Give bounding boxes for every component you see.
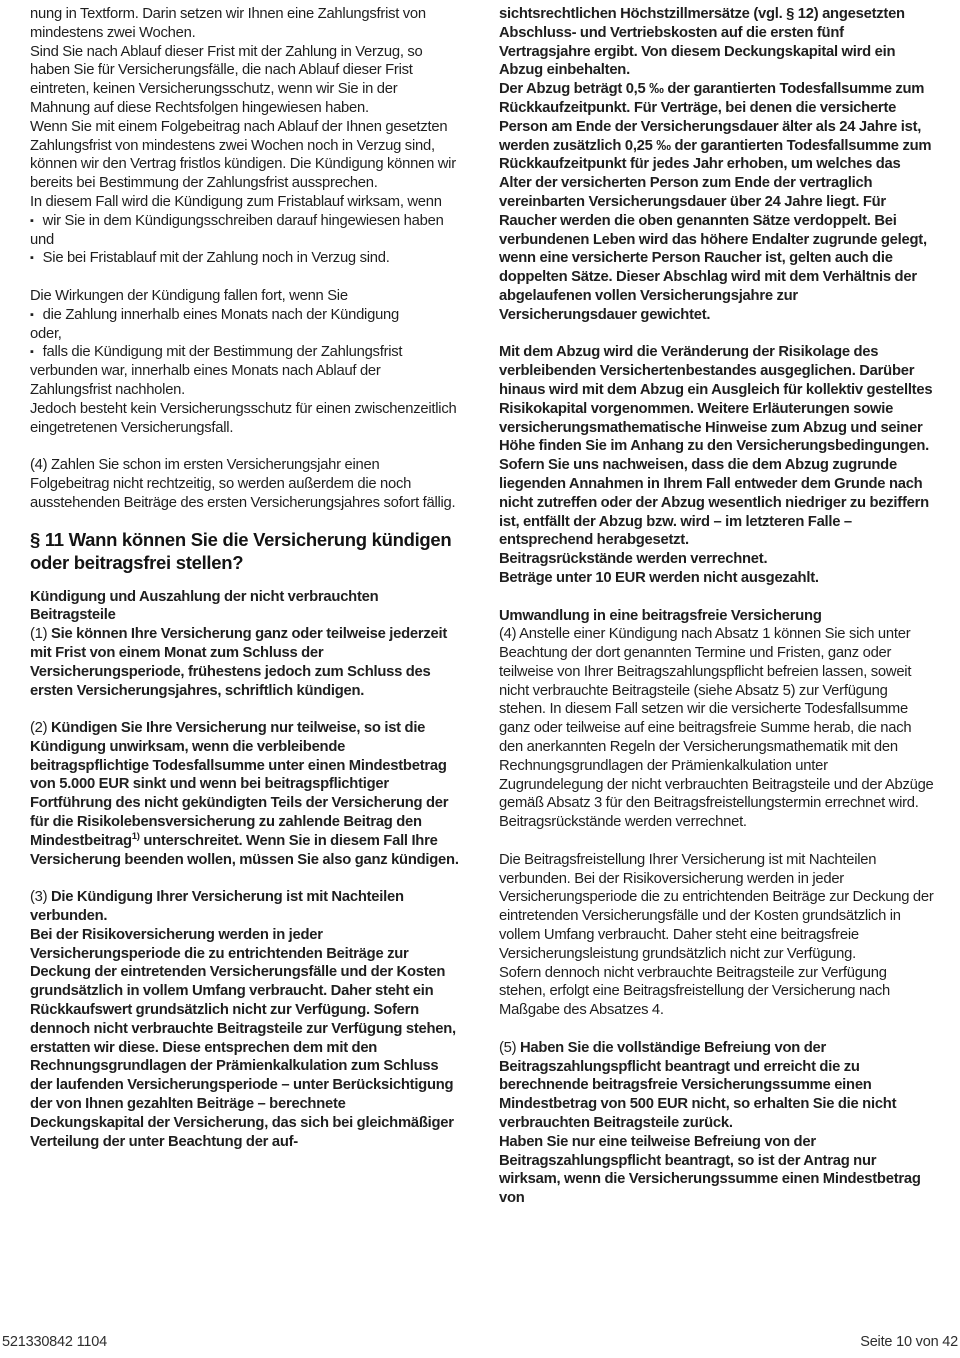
text-run: Sind Sie nach Ablauf dieser Frist mit de… <box>30 44 422 116</box>
text-run: Haben Sie die vollständige Befreiung von… <box>499 1040 896 1131</box>
text-run: Kündigen Sie Ihre Versicherung nur teilw… <box>30 720 448 849</box>
paragraph: und <box>30 231 460 250</box>
left-column: nung in Textform. Darin setzen wir Ihnen… <box>30 5 460 1208</box>
text-run: (4) Anstelle einer Kündigung nach Absatz… <box>499 626 934 811</box>
text-run: Umwandlung in eine beitragsfreie Versich… <box>499 608 822 624</box>
text-run: Beitragsrückstände werden verrechnet. <box>499 814 747 830</box>
text-run: sichtsrechtlichen Höchstzillmersätze (vg… <box>499 6 905 78</box>
spacer <box>30 268 460 287</box>
bullet-marker-icon: ▪ <box>30 212 34 231</box>
paragraph: sichtsrechtlichen Höchstzillmersätze (vg… <box>499 5 934 80</box>
text-run: (1) <box>30 626 51 642</box>
text-run: oder, <box>30 326 62 342</box>
text-run: (2) <box>30 720 51 736</box>
paragraph: Der Abzug beträgt 0,5 ‰ der garantierten… <box>499 80 934 324</box>
paragraph: (3) Die Kündigung Ihrer Versicherung ist… <box>30 888 460 926</box>
spacer <box>499 832 934 851</box>
paragraph: Sind Sie nach Ablauf dieser Frist mit de… <box>30 43 460 118</box>
text-run: Haben Sie nur eine teilweise Befreiung v… <box>499 1134 921 1206</box>
paragraph: ▪Sie bei Fristablauf mit der Zahlung noc… <box>30 249 460 268</box>
bullet-marker-icon: ▪ <box>30 343 34 362</box>
paragraph: ▪falls die Kündigung mit der Bestimmung … <box>30 343 460 399</box>
paragraph: (4) Anstelle einer Kündigung nach Absatz… <box>499 625 934 813</box>
right-column: sichtsrechtlichen Höchstzillmersätze (vg… <box>499 5 934 1208</box>
paragraph: Jedoch besteht kein Versicherungsschutz … <box>30 400 460 438</box>
paragraph: ▪wir Sie in dem Kündigungsschreiben dara… <box>30 212 460 231</box>
bullet-marker-icon: ▪ <box>30 249 34 268</box>
text-run: Die Beitragsfreistellung Ihrer Versicher… <box>499 852 934 962</box>
paragraph: (5) Haben Sie die vollständige Befreiung… <box>499 1039 934 1133</box>
paragraph: Sofern dennoch nicht verbrauchte Beitrag… <box>499 964 934 1020</box>
paragraph: (4) Zahlen Sie schon im ersten Versicher… <box>30 456 460 512</box>
paragraph: ▪die Zahlung innerhalb eines Monats nach… <box>30 306 460 325</box>
text-run: (5) <box>499 1040 520 1056</box>
text-run: Jedoch besteht kein Versicherungsschutz … <box>30 401 456 436</box>
page-footer: 521330842 1104 Seite 10 von 42 <box>2 1334 958 1350</box>
text-run: Kündigung und Auszahlung der nicht verbr… <box>30 589 378 624</box>
page-number: Seite 10 von 42 <box>860 1334 958 1350</box>
text-run: die Zahlung innerhalb eines Monats nach … <box>43 307 399 323</box>
paragraph: Die Wirkungen der Kündigung fallen fort,… <box>30 287 460 306</box>
spacer <box>30 869 460 888</box>
footnote-reference: 1) <box>132 831 140 842</box>
text-run: Sie bei Fristablauf mit der Zahlung noch… <box>43 250 390 266</box>
text-run: falls die Kündigung mit der Bestimmung d… <box>30 344 402 398</box>
paragraph: (1) Sie können Ihre Versicherung ganz od… <box>30 625 460 700</box>
paragraph: Beitragsrückstände werden verrechnet. <box>499 813 934 832</box>
paragraph: (2) Kündigen Sie Ihre Versicherung nur t… <box>30 719 460 869</box>
spacer <box>499 1020 934 1039</box>
text-run: Beitragsrückstände werden verrechnet. <box>499 551 767 567</box>
text-run: Beträge unter 10 EUR werden nicht ausgez… <box>499 570 819 586</box>
text-run: Der Abzug beträgt 0,5 ‰ der garantierten… <box>499 81 931 323</box>
paragraph: oder, <box>30 325 460 344</box>
spacer <box>30 700 460 719</box>
paragraph: Haben Sie nur eine teilweise Befreiung v… <box>499 1133 934 1208</box>
paragraph: Umwandlung in eine beitragsfreie Versich… <box>499 607 934 626</box>
paragraph: Die Beitragsfreistellung Ihrer Versicher… <box>499 851 934 964</box>
paragraph: Mit dem Abzug wird die Veränderung der R… <box>499 343 934 550</box>
text-run: Die Kündigung Ihrer Versicherung ist mit… <box>30 889 404 924</box>
text-run: (4) Zahlen Sie schon im ersten Versicher… <box>30 457 455 511</box>
spacer <box>499 325 934 344</box>
text-run: Bei der Risikoversicherung werden in jed… <box>30 927 456 1150</box>
paragraph: In diesem Fall wird die Kündigung zum Fr… <box>30 193 460 212</box>
paragraph: Bei der Risikoversicherung werden in jed… <box>30 926 460 1152</box>
text-run: Wenn Sie mit einem Folgebeitrag nach Abl… <box>30 119 456 191</box>
text-run: § 11 Wann können Sie die Versicherung kü… <box>30 529 451 574</box>
text-run: Die Wirkungen der Kündigung fallen fort,… <box>30 288 348 304</box>
text-run: Sofern dennoch nicht verbrauchte Beitrag… <box>499 965 890 1019</box>
paragraph: Beträge unter 10 EUR werden nicht ausgez… <box>499 569 934 588</box>
text-run: Sie können Ihre Versicherung ganz oder t… <box>30 626 447 698</box>
text-run: wir Sie in dem Kündigungsschreiben darau… <box>43 213 444 229</box>
text-run: (3) <box>30 889 51 905</box>
text-run: In diesem Fall wird die Kündigung zum Fr… <box>30 194 442 210</box>
section-heading: § 11 Wann können Sie die Versicherung kü… <box>30 528 460 575</box>
document-body: nung in Textform. Darin setzen wir Ihnen… <box>0 0 960 1208</box>
document-number: 521330842 1104 <box>2 1334 107 1350</box>
spacer <box>30 437 460 456</box>
paragraph: nung in Textform. Darin setzen wir Ihnen… <box>30 5 460 43</box>
paragraph: Wenn Sie mit einem Folgebeitrag nach Abl… <box>30 118 460 193</box>
paragraph: Beitragsrückstände werden verrechnet. <box>499 550 934 569</box>
text-run: nung in Textform. Darin setzen wir Ihnen… <box>30 6 426 41</box>
text-run: und <box>30 232 54 248</box>
paragraph: Kündigung und Auszahlung der nicht verbr… <box>30 588 460 626</box>
text-run: Mit dem Abzug wird die Veränderung der R… <box>499 344 932 548</box>
spacer <box>499 588 934 607</box>
bullet-marker-icon: ▪ <box>30 306 34 325</box>
